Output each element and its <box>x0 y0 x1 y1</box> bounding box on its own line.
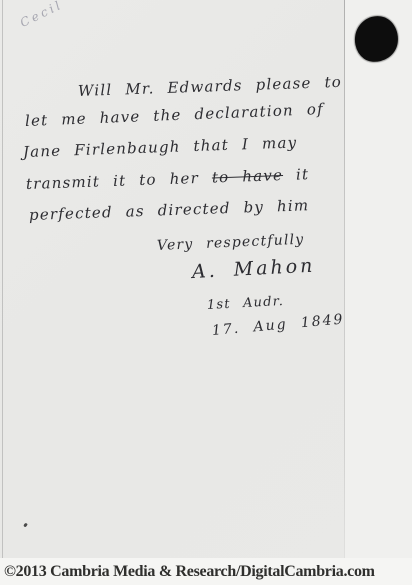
letter-line-5: perfected as directed by him <box>29 196 310 224</box>
letter-line-3: Jane Firlenbaugh that I may <box>23 133 298 161</box>
scanned-letter-page: Cecil Will Mr. Edwards please to let me … <box>0 0 412 585</box>
pencil-annotation: Cecil <box>18 0 65 30</box>
copyright-bar: ©2013 Cambria Media & Research/DigitalCa… <box>0 558 412 585</box>
letter-date: 17. Aug 1849 <box>211 311 345 339</box>
letter-line-1: Will Mr. Edwards please to <box>78 73 343 100</box>
letter-line-4-struck-words: to have <box>212 166 284 186</box>
copyright-text: ©2013 Cambria Media & Research/DigitalCa… <box>0 563 375 581</box>
letter-line-4-post: it <box>283 165 310 184</box>
letter-line-4: transmit it to her to have it <box>26 165 310 193</box>
letter-line-2: let me have the declaration of <box>25 100 324 130</box>
letter-closing: Very respectfully <box>157 232 305 254</box>
letter-signature: A. Mahon <box>191 255 315 283</box>
adjacent-page-strip <box>345 0 412 585</box>
paper-speck <box>23 523 28 528</box>
page-fold-edge-line <box>344 0 345 562</box>
letter-signer-title: 1st Audr. <box>207 294 285 313</box>
left-page-edge-line <box>2 0 3 585</box>
letter-line-4-pre: transmit it to her <box>26 169 213 193</box>
